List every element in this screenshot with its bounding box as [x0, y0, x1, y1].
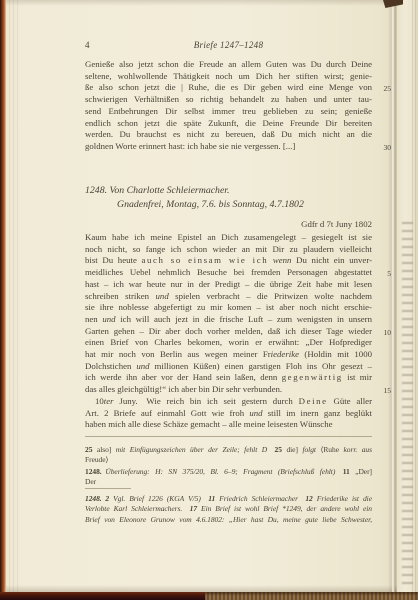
ghost-text-line: [402, 286, 413, 288]
ghost-text-line: [402, 334, 413, 336]
book-bottom-edge: [0, 592, 418, 600]
ghost-text-line: [402, 502, 413, 504]
facing-page-edge: [397, 0, 418, 592]
ghost-text-line: [402, 406, 413, 408]
ghost-text-line: [402, 238, 413, 240]
ghost-text-line: [402, 478, 413, 480]
ghost-text-line: [402, 278, 413, 280]
page-edges-bottom: [205, 592, 418, 600]
ghost-text-line: [402, 398, 413, 400]
ghost-text-line: [402, 430, 413, 432]
page-fold-right: [388, 0, 397, 592]
ghost-text-line: [402, 294, 413, 296]
page-stack-gutter: [5, 0, 21, 592]
running-title: Briefe 1247–1248: [85, 40, 372, 50]
ghost-text-line: [402, 318, 413, 320]
ghost-text-line: [402, 462, 413, 464]
ghost-text-line: [402, 382, 413, 384]
book-cover-edge-bottom: [0, 592, 205, 600]
running-head: 4 Briefe 1247–1248: [85, 40, 372, 50]
ghost-text-line: [402, 270, 413, 272]
ghost-text-line: [402, 422, 413, 424]
ghost-text-line: [402, 446, 413, 448]
ghost-text-line: [402, 222, 413, 224]
ghost-text-line: [402, 494, 413, 496]
ghost-text-line: [402, 230, 413, 232]
book-page: 4 Briefe 1247–1248 Genieße also jetzt sc…: [0, 0, 397, 592]
textual-apparatus: 25 also] mit Einfügungszeichen über der …: [85, 445, 372, 487]
ghost-text-line: [402, 558, 413, 560]
ghost-text-line: [402, 582, 413, 584]
ghost-text-line: [402, 550, 413, 552]
ghost-text-line: [402, 262, 413, 264]
ghost-text-line: [402, 542, 413, 544]
ghost-text-line: [402, 574, 413, 576]
ghost-text-line: [402, 350, 413, 352]
ghost-text-line: [402, 534, 413, 536]
commentary-apparatus: 1248. 2 Vgl. Brief 1226 (KGA V/5) 11 Fri…: [85, 494, 372, 525]
ghost-text-line: [402, 414, 413, 416]
textual-apparatus-divider: [85, 436, 372, 437]
letter-1248-dateline: Gdfr d 7t Juny 1802: [85, 219, 372, 229]
ghost-text-line: [402, 310, 413, 312]
ghost-text-line: [402, 486, 413, 488]
ghost-text-line: [402, 326, 413, 328]
ghost-text-line: [402, 390, 413, 392]
letter-heading-line1: 1248. Von Charlotte Schleiermacher.: [85, 184, 372, 198]
letter-1248-body-text: Kaum habe ich meine Epistel an Dich zusa…: [85, 232, 372, 431]
book-photo: 4 Briefe 1247–1248 Genieße also jetzt sc…: [0, 0, 418, 600]
ghost-text-line: [402, 518, 413, 520]
ghost-text-line: [402, 366, 413, 368]
ghost-text-line: [402, 254, 413, 256]
ghost-text-line: [402, 246, 413, 248]
ghost-text-line: [402, 510, 413, 512]
ghost-text-line: [402, 374, 413, 376]
letter-1248-heading: 1248. Von Charlotte Schleiermacher. Gnad…: [85, 184, 372, 211]
ghost-text-line: [402, 566, 413, 568]
letter-heading-line2: Gnadenfrei, Montag, 7.6. bis Sonntag, 4.…: [85, 198, 372, 212]
page-number: 4: [85, 40, 90, 50]
letter-1247-closing-text: Genieße also jetzt schon die Freude an a…: [85, 59, 372, 153]
ghost-text-line: [402, 358, 413, 360]
ghost-text-line: [402, 470, 413, 472]
ghost-text-line: [402, 526, 413, 528]
ghost-text-line: [402, 302, 413, 304]
ghost-text-line: [402, 438, 413, 440]
ghost-text-line: [402, 342, 413, 344]
commentary-divider: [85, 488, 131, 489]
ghost-text-line: [402, 454, 413, 456]
